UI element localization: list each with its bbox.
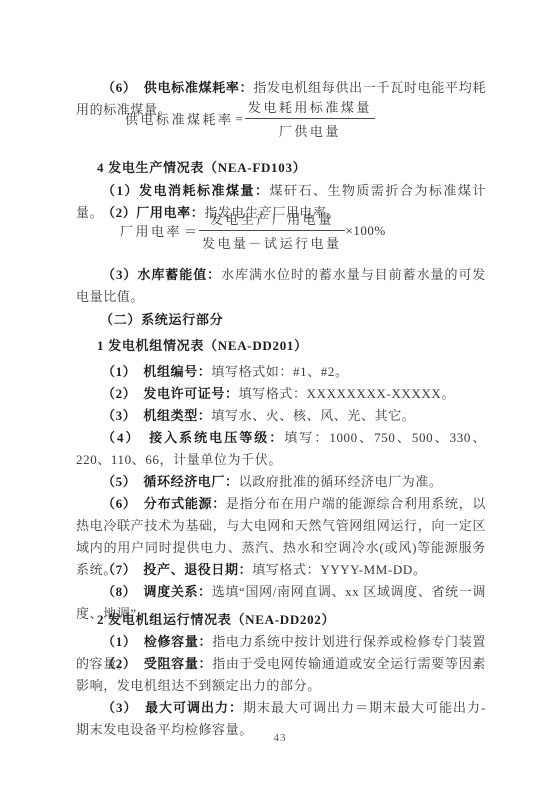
formula-lhs: 供电标准煤耗率: [125, 109, 234, 128]
dd201-item-1: （1） 机组编号：填写格式如：#1、#2。: [76, 361, 486, 383]
item-definition: 以政府批准的循环经济电厂为准。: [239, 474, 443, 489]
item-term: （3）水库蓄能值：: [102, 267, 221, 282]
fraction-numerator: 发电耗用标准煤量: [245, 97, 375, 119]
formula-supply-standard-coal-rate: 供电标准煤耗率=发电耗用标准煤量厂供电量: [76, 97, 375, 140]
section-heading-system-operation: （二）系统运行部分: [76, 309, 486, 331]
item-term: （6） 供电标准煤耗率：: [102, 80, 253, 95]
dd201-item-5: （5） 循环经济电厂：以政府批准的循环经济电厂为准。: [76, 471, 486, 493]
item-definition: 填写格式如：#1、#2。: [211, 364, 348, 379]
dd201-item-7: （7） 投产、退役日期：填写格式：YYYY-MM-DD。: [76, 559, 486, 581]
dd201-item-4: （4） 接入系统电压等级：填写：1000、750、500、330、220、110…: [76, 427, 486, 471]
formula-suffix: ×100%: [346, 223, 386, 239]
item-term: （1） 机组编号：: [102, 364, 211, 379]
page-number: 43: [0, 731, 560, 745]
equals-sign: ＝: [184, 221, 197, 240]
formula-plant-power-rate: 厂用电率＝发电生产厂用电量发电量－试运行电量×100%: [76, 209, 386, 252]
item-term: （1） 检修容量：: [102, 634, 212, 649]
document-page: （6） 供电标准煤耗率：指发电机组每供出一千瓦时电能平均耗用的标准煤量。 供电标…: [0, 0, 560, 791]
dd202-item-2: （2） 受阻容量：指由于受电网传输通道或安全运行需要等因素影响，发电机组达不到额…: [76, 653, 486, 697]
heading-dd202: 2 发电机组运行情况表（NEA-DD202）: [76, 609, 486, 631]
fd103-item-3: （3）水库蓄能值：水库满水位时的蓄水量与目前蓄水量的可发电量比值。: [76, 264, 486, 308]
fraction-denominator: 厂供电量: [245, 119, 375, 140]
heading-fd103: 4 发电生产情况表（NEA-FD103）: [76, 157, 486, 179]
item-definition: 填写格式：XXXXXXXX-XXXXX。: [239, 386, 455, 401]
fraction-denominator: 发电量－试运行电量: [199, 231, 345, 252]
item-term: （2） 受阻容量：: [102, 656, 212, 671]
fraction: 发电耗用标准煤量厂供电量: [245, 97, 375, 140]
dd201-item-2: （2） 发电许可证号：填写格式：XXXXXXXX-XXXXX。: [76, 383, 486, 405]
dd201-item-3: （3） 机组类型：填写水、火、核、风、光、其它。: [76, 405, 486, 427]
item-definition: 填写水、火、核、风、光、其它。: [211, 408, 415, 423]
item-term: （3） 最大可调出力：: [102, 700, 243, 715]
formula-lhs: 厂用电率: [120, 221, 182, 240]
item-term: （4） 接入系统电压等级：: [102, 430, 284, 445]
item-term: （1）发电消耗标准煤量：: [102, 183, 269, 198]
equals-sign: =: [236, 111, 243, 127]
heading-dd201: 1 发电机组情况表（NEA-DD201）: [76, 335, 486, 357]
item-term: （8） 调度关系：: [102, 584, 212, 599]
item-definition: 填写格式：YYYY-MM-DD。: [252, 562, 426, 577]
fraction-numerator: 发电生产厂用电量: [199, 209, 345, 231]
item-term: （2） 发电许可证号：: [102, 386, 239, 401]
item-term: （7） 投产、退役日期：: [102, 562, 252, 577]
item-term: （6） 分布式能源：: [102, 496, 226, 511]
fraction: 发电生产厂用电量发电量－试运行电量: [199, 209, 345, 252]
item-term: （5） 循环经济电厂：: [102, 474, 239, 489]
item-term: （3） 机组类型：: [102, 408, 211, 423]
